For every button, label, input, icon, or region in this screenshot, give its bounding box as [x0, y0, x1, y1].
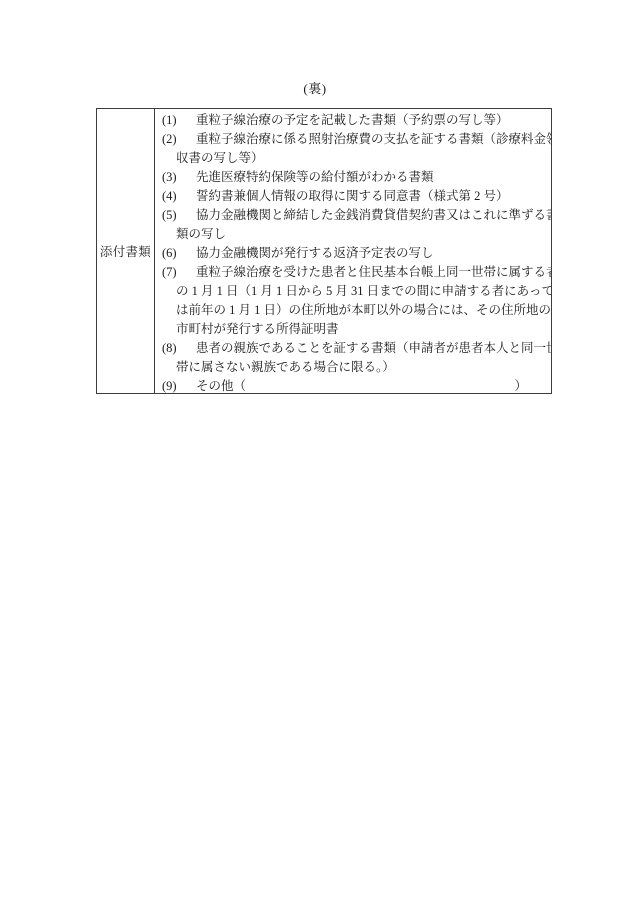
row-header-label: 添付書類	[100, 242, 151, 260]
item-3-text: 先進医療特約保険等の給付額がわかる書類	[196, 170, 434, 184]
item-7-text: 重粒子線治療を受けた患者と住民基本台帳上同一世帯に属する者	[196, 265, 551, 279]
item-3-line-1: (3)先進医療特約保険等の給付額がわかる書類	[155, 168, 551, 187]
item-6-number: (6)	[162, 244, 196, 263]
page-title: (裏)	[0, 80, 630, 97]
item-2-line-2: 収書の写し等）	[155, 149, 551, 168]
item-1-text: 重粒子線治療の予定を記載した書類（予約票の写し等）	[196, 113, 509, 127]
item-7-line-3: は前年の 1 月 1 日）の住所地が本町以外の場合には、その住所地の	[155, 301, 551, 320]
item-5-number: (5)	[162, 206, 196, 225]
item-4-number: (4)	[162, 187, 196, 206]
item-4-text: 誓約書兼個人情報の取得に関する同意書（様式第 2 号）	[196, 189, 509, 203]
items-cell: (1)重粒子線治療の予定を記載した書類（予約票の写し等） (2)重粒子線治療に係…	[155, 109, 551, 393]
item-8-line-1: (8)患者の親族であることを証する書類（申請者が患者本人と同一世	[155, 339, 551, 358]
item-2-number: (2)	[162, 130, 196, 149]
fill-in-blank	[246, 377, 514, 393]
item-5-line-1: (5)協力金融機関と締結した金銭消費貸借契約書又はこれに準ずる書	[155, 206, 551, 225]
item-2-line-1: (2)重粒子線治療に係る照射治療費の支払を証する書類（診療料金領	[155, 130, 551, 149]
item-9-close-paren: ）	[514, 377, 527, 393]
item-8-text: 患者の親族であることを証する書類（申請者が患者本人と同一世	[196, 341, 551, 355]
item-9-number: (9)	[162, 377, 196, 393]
item-1-number: (1)	[162, 111, 196, 130]
item-9-text: その他（	[196, 377, 246, 393]
item-5-text: 協力金融機関と締結した金銭消費貸借契約書又はこれに準ずる書	[196, 208, 551, 222]
item-7-line-4: 市町村が発行する所得証明書	[155, 320, 551, 339]
item-7-number: (7)	[162, 263, 196, 282]
item-6-text: 協力金融機関が発行する返済予定表の写し	[196, 246, 434, 260]
item-8-line-2: 帯に属さない親族である場合に限る。）	[155, 358, 551, 377]
item-7-line-1: (7)重粒子線治療を受けた患者と住民基本台帳上同一世帯に属する者	[155, 263, 551, 282]
item-8-number: (8)	[162, 339, 196, 358]
item-4-line-1: (4)誓約書兼個人情報の取得に関する同意書（様式第 2 号）	[155, 187, 551, 206]
row-header-cell: 添付書類	[97, 109, 155, 393]
attachments-table: 添付書類 (1)重粒子線治療の予定を記載した書類（予約票の写し等） (2)重粒子…	[96, 108, 552, 394]
item-3-number: (3)	[162, 168, 196, 187]
item-1-line-1: (1)重粒子線治療の予定を記載した書類（予約票の写し等）	[155, 111, 551, 130]
document-page: (裏) 添付書類 (1)重粒子線治療の予定を記載した書類（予約票の写し等） (2…	[0, 0, 630, 903]
item-2-text: 重粒子線治療に係る照射治療費の支払を証する書類（診療料金領	[196, 132, 551, 146]
item-6-line-1: (6)協力金融機関が発行する返済予定表の写し	[155, 244, 551, 263]
item-5-line-2: 類の写し	[155, 225, 551, 244]
item-9-line-1: (9)その他（）	[155, 377, 551, 393]
item-7-line-2: の 1 月 1 日（1 月 1 日から 5 月 31 日までの間に申請する者にあ…	[155, 282, 551, 301]
